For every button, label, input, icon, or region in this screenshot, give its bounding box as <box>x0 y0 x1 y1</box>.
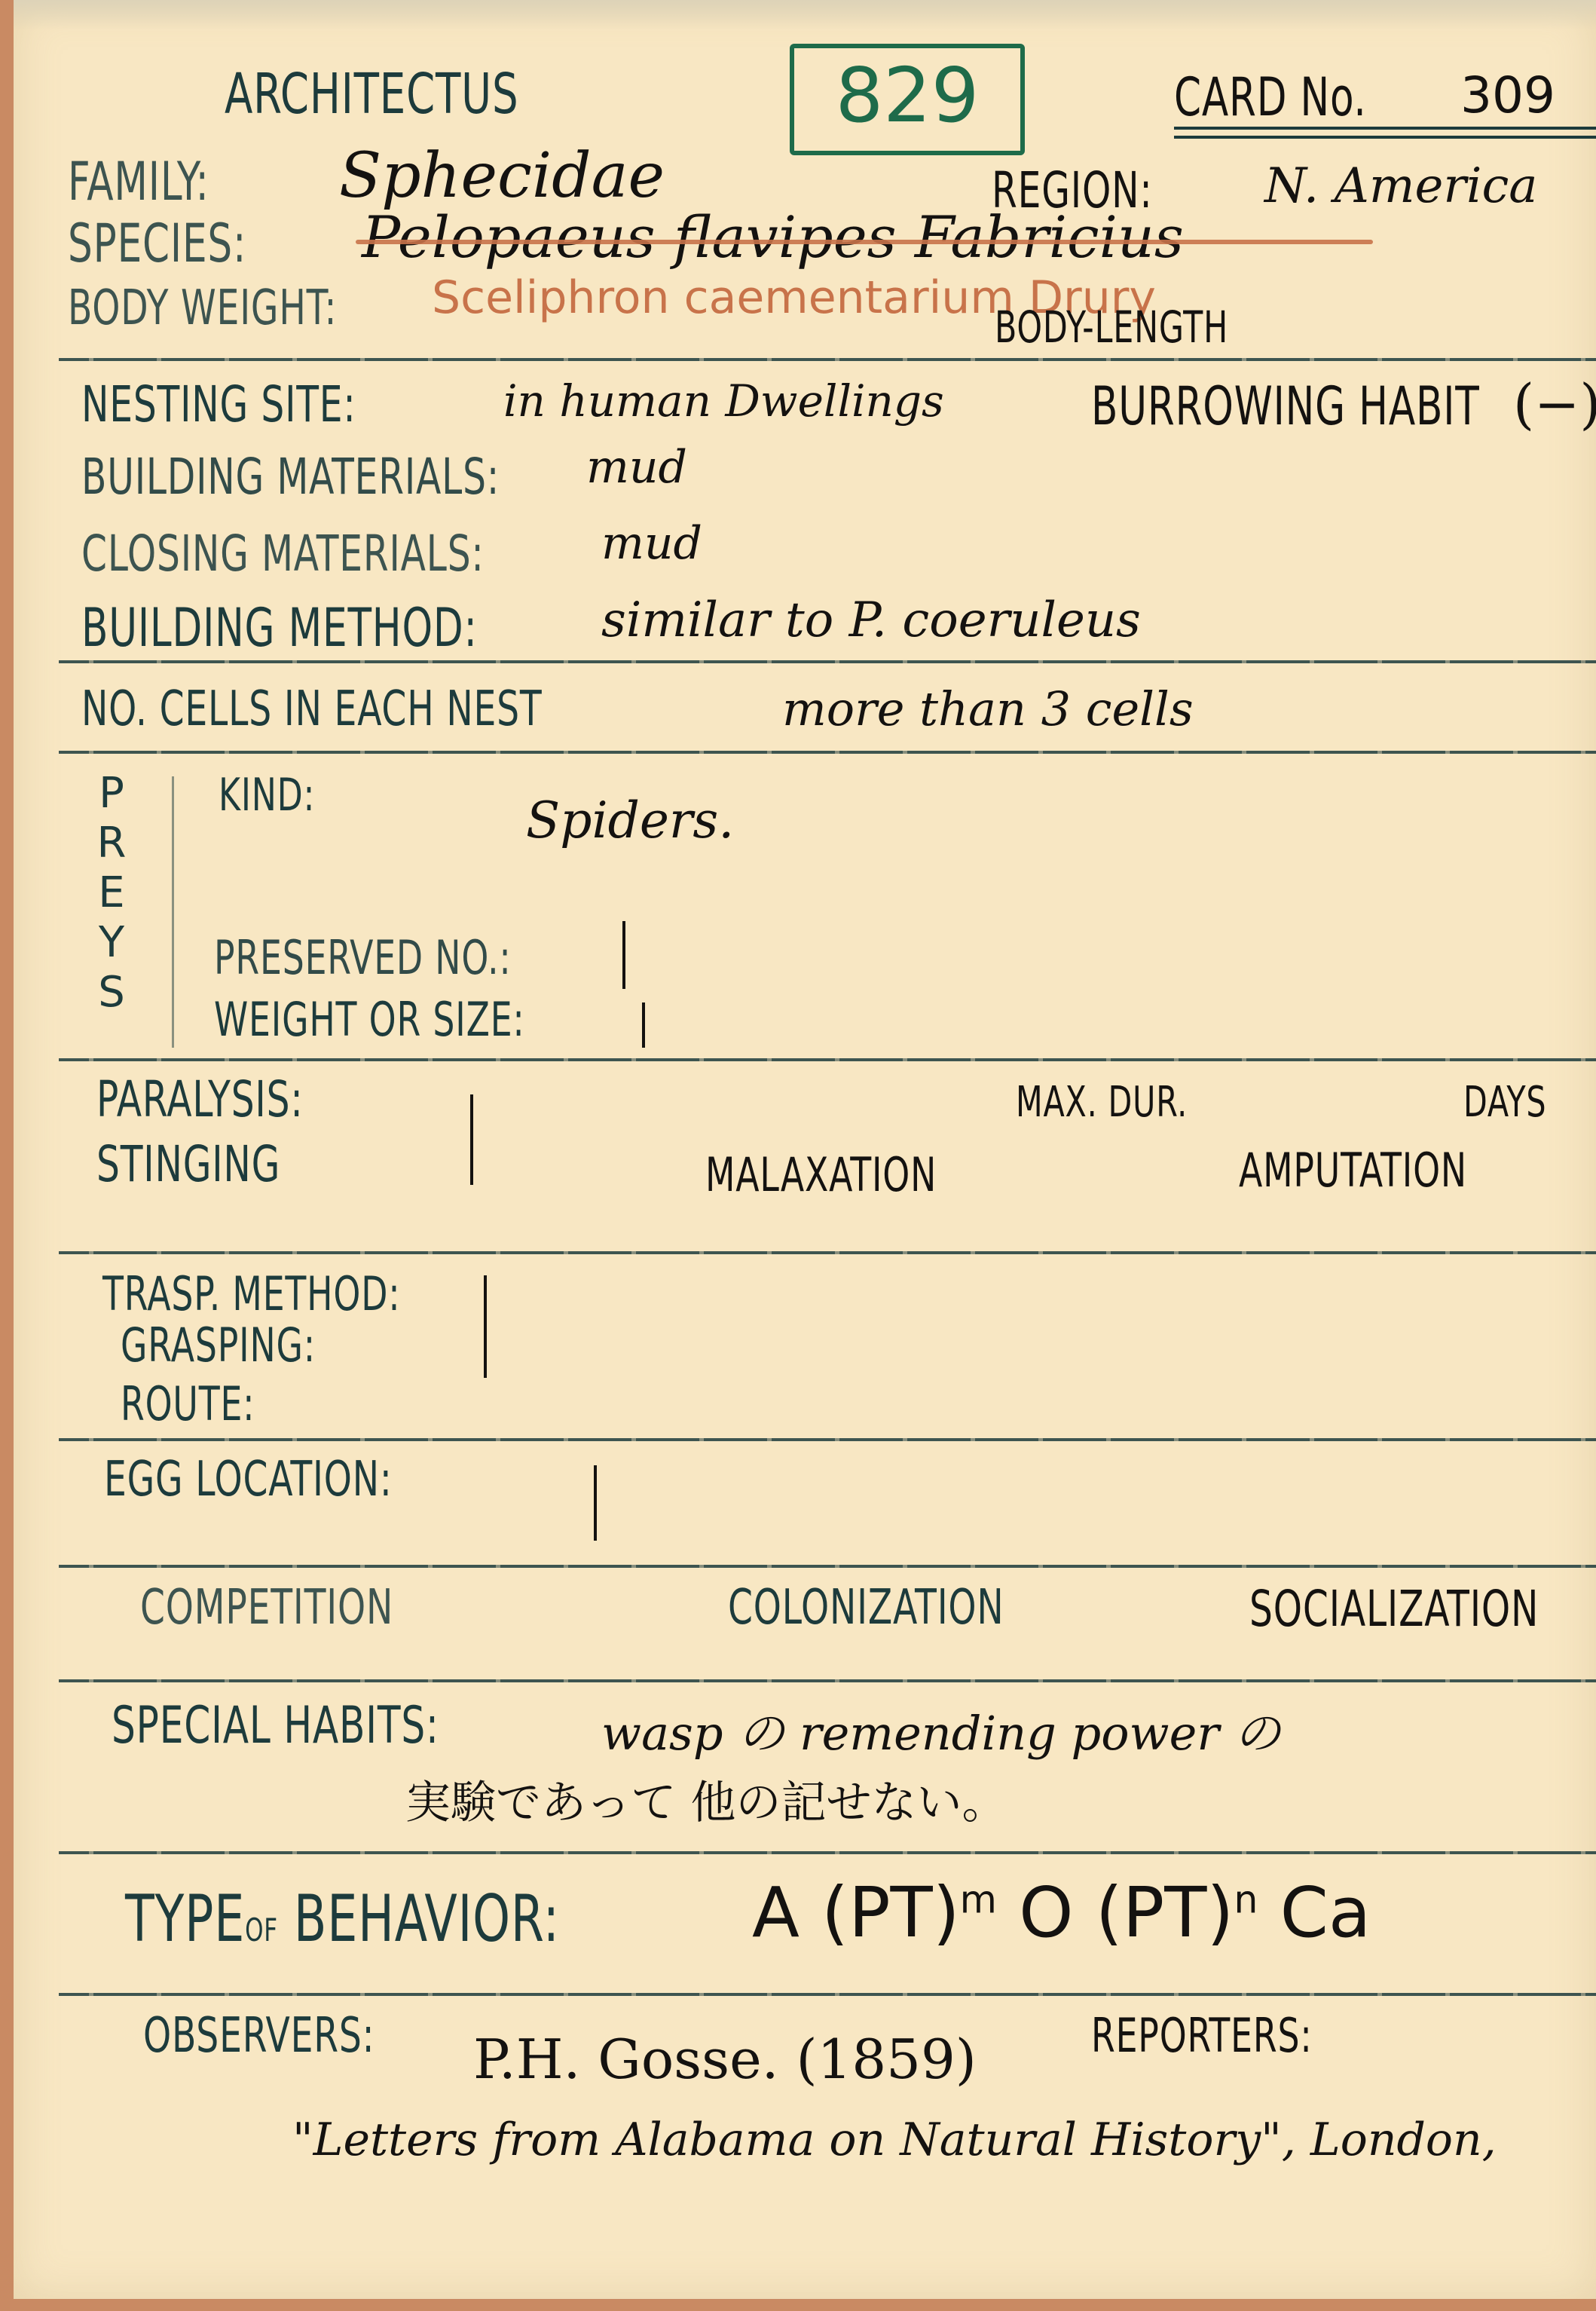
colonization-label: COLONIZATION <box>728 1580 1004 1636</box>
special-habits-line2: 実験であって 他の記せない。 <box>405 1767 1007 1832</box>
observers-label: OBSERVERS: <box>143 2008 375 2064</box>
card-no-value: 309 <box>1460 66 1555 124</box>
divider <box>59 1058 1596 1061</box>
preserved-mark <box>622 921 625 989</box>
card-no-underline-2 <box>1174 136 1596 139</box>
divider <box>59 1679 1596 1682</box>
divider <box>59 1993 1596 1996</box>
weight-mark <box>642 1002 645 1048</box>
species-struck: Pelopaeus flavipes Fabricius <box>362 204 1184 271</box>
burrowing-habit-value: (−) <box>1513 372 1596 436</box>
preys-side-label: P R E Y S <box>96 769 127 1018</box>
species-strikethrough <box>356 240 1373 244</box>
boxed-number: 829 <box>790 44 1025 155</box>
building-method-value: similar to P. coeruleus <box>601 592 1141 648</box>
closing-materials-value: mud <box>601 517 702 570</box>
reference-text: "Letters from Alabama on Natural History… <box>292 2114 1497 2166</box>
building-materials-label: BUILDING MATERIALS: <box>81 448 500 506</box>
divider <box>59 1851 1596 1854</box>
cells-label: NO. CELLS IN EACH NEST <box>81 681 543 737</box>
egg-location-label: EGG LOCATION: <box>104 1452 393 1508</box>
observers-value: P.H. Gosse. (1859) <box>473 2028 977 2091</box>
building-method-label: BUILDING METHOD: <box>81 597 478 659</box>
preserved-label: PRESERVED NO.: <box>214 930 512 985</box>
family-value: Sphecidae <box>339 140 665 212</box>
species-label: SPECIES: <box>68 213 246 274</box>
stinging-label: STINGING <box>96 1135 280 1193</box>
cells-value: more than 3 cells <box>782 681 1194 736</box>
kind-label: KIND: <box>219 769 315 822</box>
card-header: ARCHITECTUS <box>225 62 518 127</box>
burrowing-habit-label: BURROWING HABIT <box>1091 375 1480 437</box>
amputation-label: AMPUTATION <box>1239 1143 1467 1198</box>
socialization-label: SOCIALIZATION <box>1249 1580 1539 1638</box>
index-card: ARCHITECTUS 829 CARD No. 309 FAMILY: Sph… <box>14 0 1596 2299</box>
region-value: N. America <box>1264 158 1537 214</box>
divider <box>59 358 1596 361</box>
special-habits-line1: wasp の remending power の <box>601 1696 1281 1763</box>
egg-mark <box>594 1465 597 1541</box>
grasping-label: GRASPING: <box>121 1318 316 1373</box>
preys-divider <box>172 776 174 1048</box>
closing-materials-label: CLOSING MATERIALS: <box>81 525 485 583</box>
divider <box>59 660 1596 663</box>
divider <box>59 751 1596 754</box>
boxed-number-value: 829 <box>794 51 1020 139</box>
competition-label: COMPETITION <box>140 1580 393 1636</box>
behavior-label: TYPEOF BEHAVIOR: <box>125 1881 560 1957</box>
divider <box>59 1251 1596 1254</box>
building-materials-value: mud <box>586 441 687 494</box>
reporters-label: REPORTERS: <box>1091 2008 1313 2063</box>
special-habits-label: SPECIAL HABITS: <box>112 1696 439 1755</box>
divider <box>59 1565 1596 1568</box>
card-no-underline-1 <box>1174 127 1596 130</box>
weight-size-label: WEIGHT OR SIZE: <box>214 992 525 1047</box>
days-label: DAYS <box>1463 1078 1546 1127</box>
divider <box>59 1438 1596 1441</box>
family-label: FAMILY: <box>68 151 209 213</box>
behavior-formula: A (PT)m O (PT)n Ca <box>752 1872 1371 1953</box>
transport-method-label: TRASP. METHOD: <box>102 1266 400 1321</box>
kind-value: Spiders. <box>526 791 734 849</box>
malaxation-label: MALAXATION <box>705 1147 937 1202</box>
body-length-label: BODY-LENGTH <box>995 302 1228 353</box>
nesting-site-label: NESTING SITE: <box>81 375 356 433</box>
stinging-mark <box>470 1094 473 1185</box>
route-label: ROUTE: <box>121 1376 255 1431</box>
nesting-site-value: in human Dwellings <box>503 375 944 427</box>
card-no-label: CARD No. <box>1174 66 1367 128</box>
max-dur-label: MAX. DUR. <box>1016 1078 1188 1127</box>
transport-mark <box>484 1275 487 1378</box>
paralysis-label: PARALYSIS: <box>96 1070 304 1128</box>
body-weight-label: BODY WEIGHT: <box>68 280 337 336</box>
